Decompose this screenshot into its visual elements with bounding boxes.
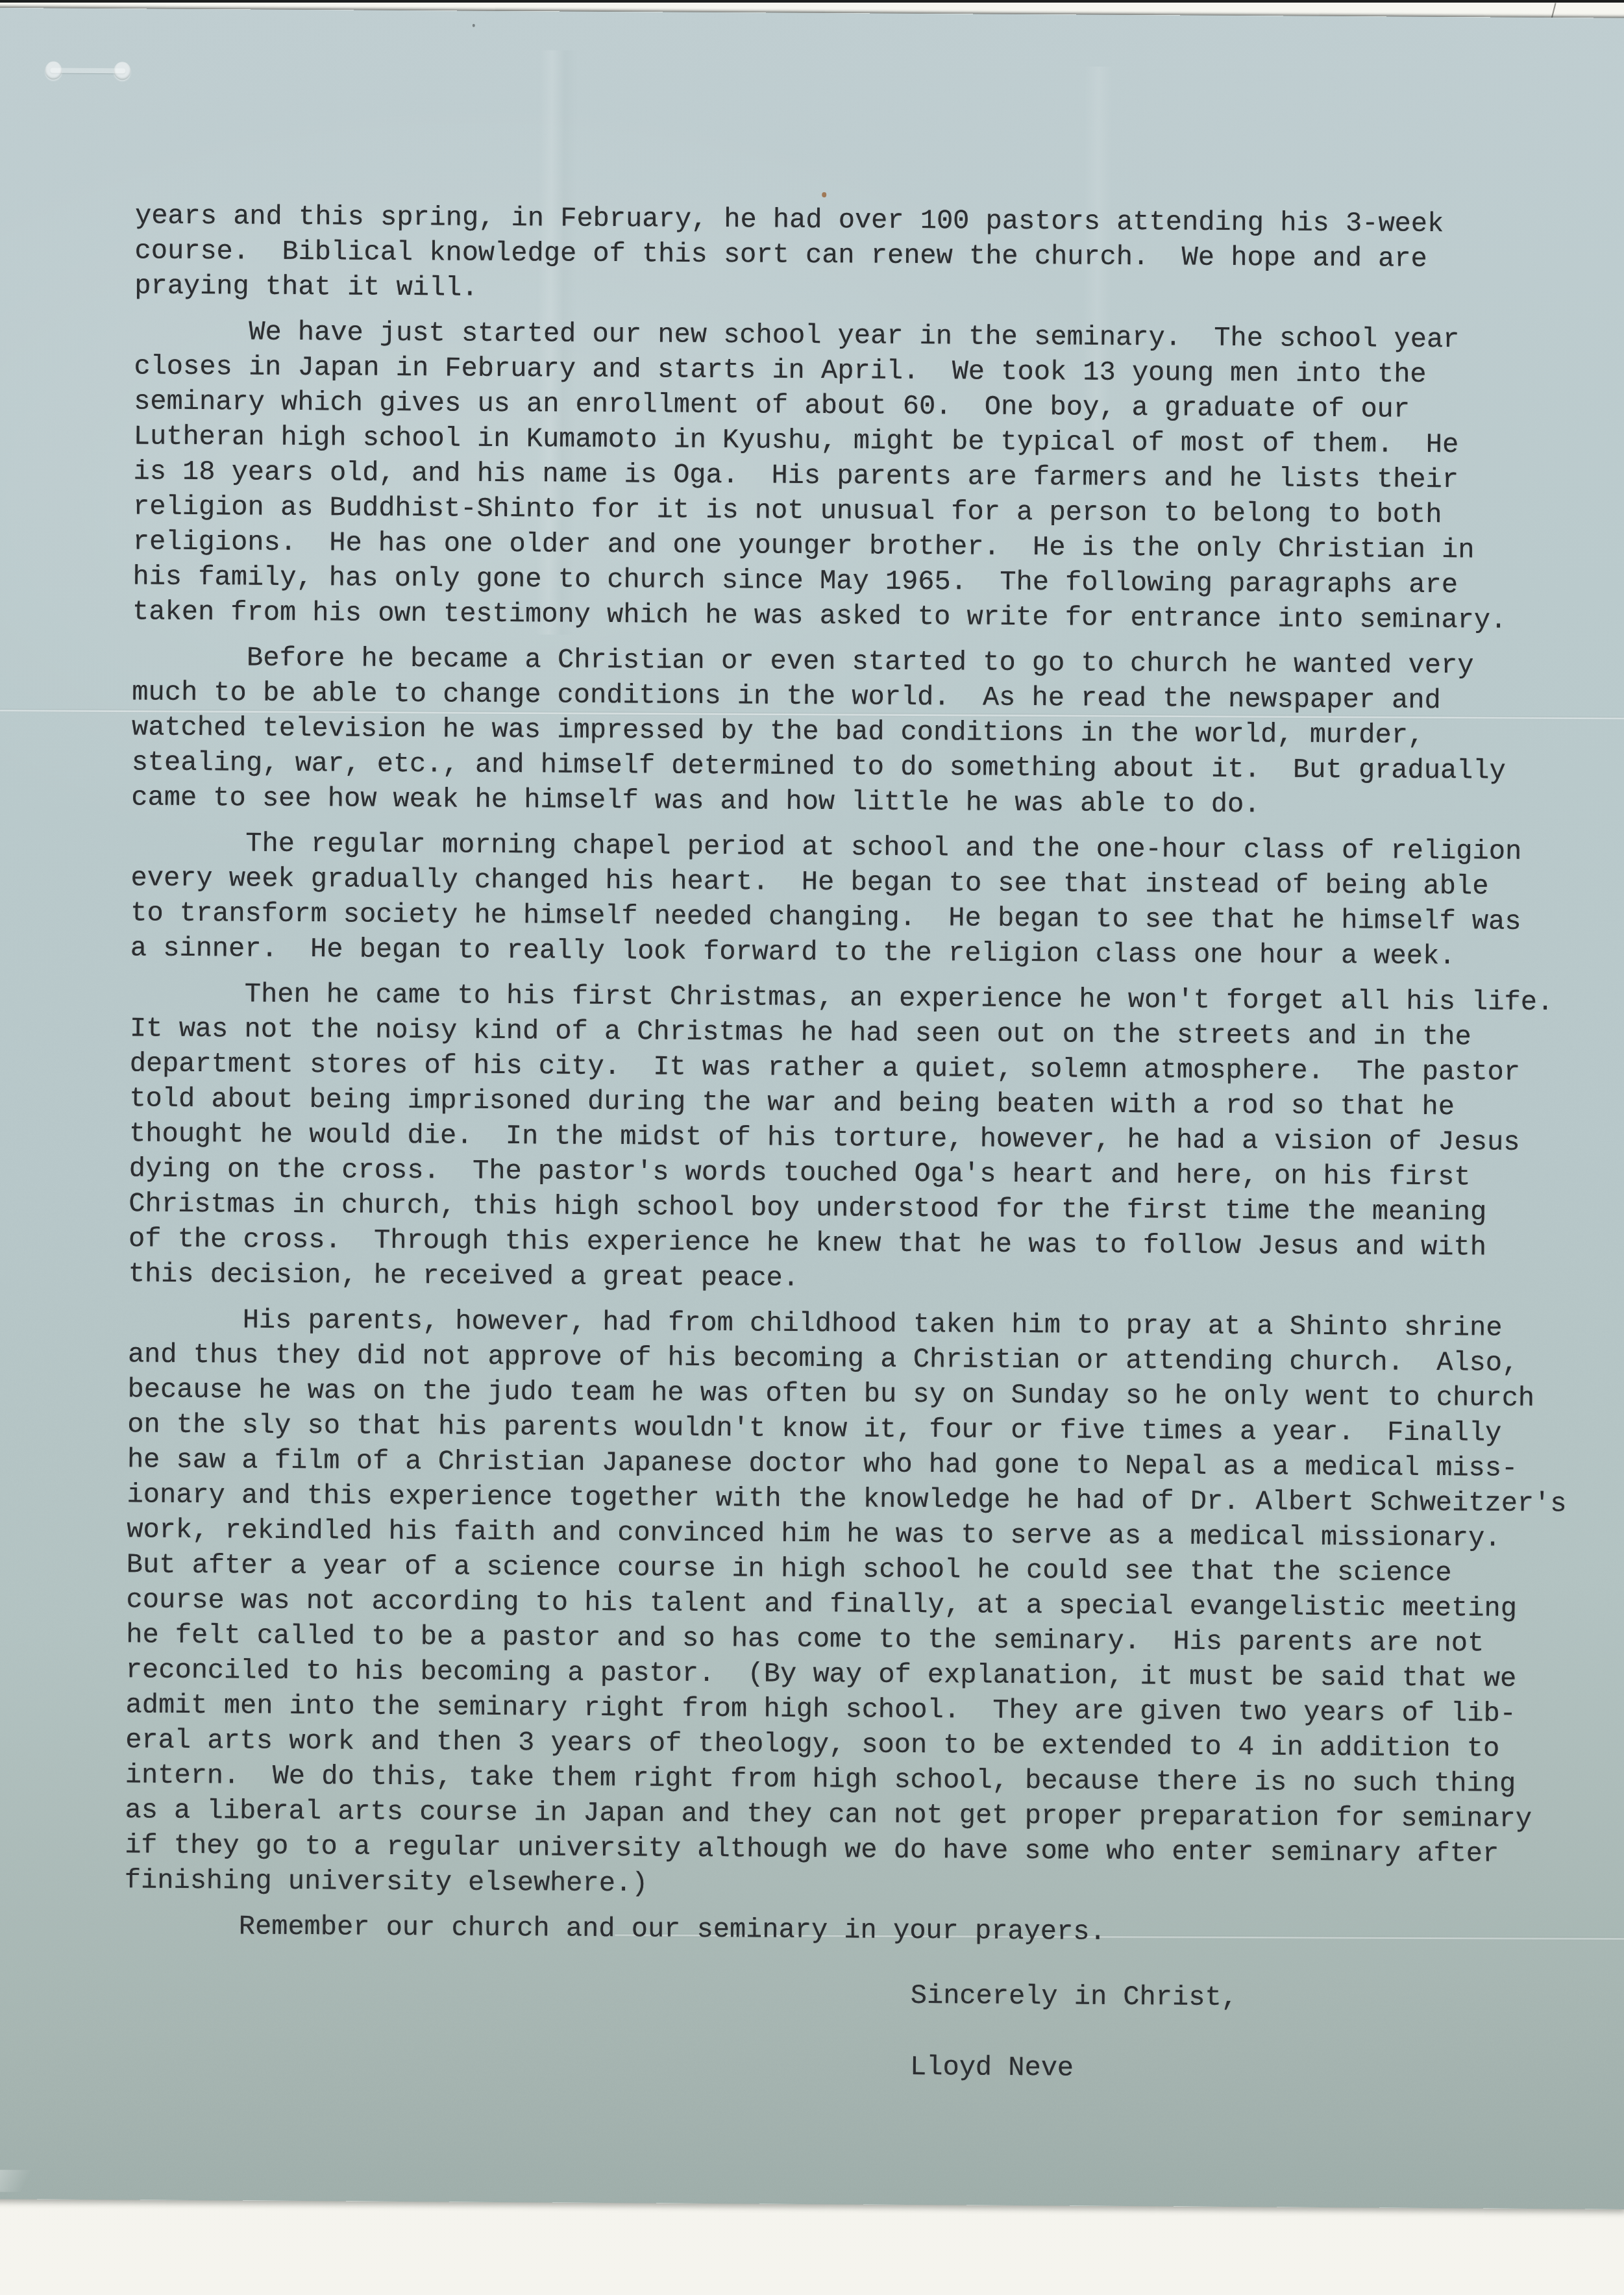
letter-paragraph: We have just started our new school year… xyxy=(132,314,1601,638)
letter-paragraph: The regular morning chapel period at sch… xyxy=(130,825,1598,974)
scanner-edge-line xyxy=(0,0,1624,3)
letter-paragraph: Then he came to his first Christmas, an … xyxy=(129,976,1597,1300)
corner-crease xyxy=(0,2170,46,2192)
staple-emboss-mark xyxy=(45,58,130,84)
scanned-letter-page: years and this spring, in February, he h… xyxy=(0,0,1624,2295)
letter-body: years and this spring, in February, he h… xyxy=(123,198,1602,2089)
letter-paragraph: Remember our church and our seminary in … xyxy=(124,1908,1591,1952)
rust-speck xyxy=(822,192,826,197)
closing-salutation: Sincerely in Christ, xyxy=(124,1973,1591,2017)
letter-paper: years and this spring, in February, he h… xyxy=(0,8,1624,2209)
letter-paragraph: His parents, however, had from childhood… xyxy=(125,1302,1595,1907)
dust-speck xyxy=(473,24,475,27)
letter-closing: Sincerely in Christ, Lloyd Neve xyxy=(123,1973,1591,2089)
letter-paragraph: Before he became a Christian or even sta… xyxy=(131,639,1599,824)
letter-paragraph: years and this spring, in February, he h… xyxy=(134,198,1602,312)
